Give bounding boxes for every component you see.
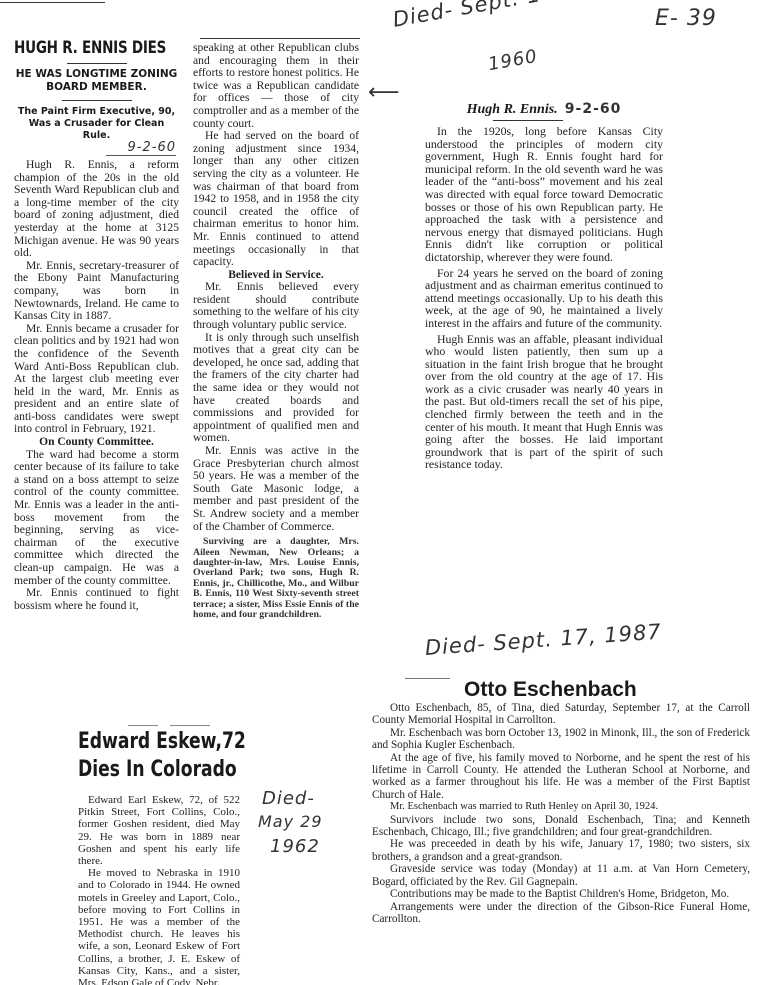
date-annotation: 9-2-60 [565,101,622,117]
column-1: Hugh R. Ennis, a reform champion of the … [14,159,179,612]
deck: The Paint Firm Executive, 90, Was a Crus… [14,106,179,142]
died-annotation: Died- [262,788,315,809]
column-2: speaking at other Republican clubs and e… [193,42,359,620]
eskew-article: Edward Eskew,72 Dies In Colorado Edward … [78,728,240,985]
editorial-body: In the 1920s, long before Kansas City un… [425,125,663,471]
subhead: HE WAS LONGTIME ZONING BOARD MEMBER. [14,68,179,94]
headline: Otto Eschenbach [464,678,750,702]
arrow-annotation: ⟵ [368,80,401,105]
divider [0,2,105,3]
section-heading: On County Committee. [14,436,179,449]
died-year-annotation: 1960 [487,46,540,75]
ennis-article: HUGH R. ENNIS DIES HE WAS LONGTIME ZONIN… [14,38,179,612]
otto-article: Otto Eschenbach Otto Eschenbach, 85, of … [372,678,750,925]
page-marker: E- 39 [655,6,717,31]
died-year-annotation: 1962 [270,836,320,857]
headline: Edward Eskew,72 Dies In Colorado [78,728,204,784]
ennis-editorial: Hugh R. Ennis. 9-2-60 In the 1920s, long… [425,98,663,471]
died-date-annotation: May 29 [258,812,323,831]
article-body: Edward Earl Eskew, 72, of 522 Pitkin Str… [78,794,240,985]
died-annotation: Died- Sept. 17, 1987 [424,619,662,659]
editorial-title: Hugh R. Ennis. [467,102,558,117]
article-body: Otto Eschenbach, 85, of Tina, died Satur… [372,702,750,925]
died-annotation: Died- Sept. 1 [391,0,543,32]
headline: HUGH R. ENNIS DIES [14,38,178,57]
survivors: Surviving are a daughter, Mrs. Aileen Ne… [193,537,359,620]
date-annotation: 9-2-60 [106,140,176,156]
